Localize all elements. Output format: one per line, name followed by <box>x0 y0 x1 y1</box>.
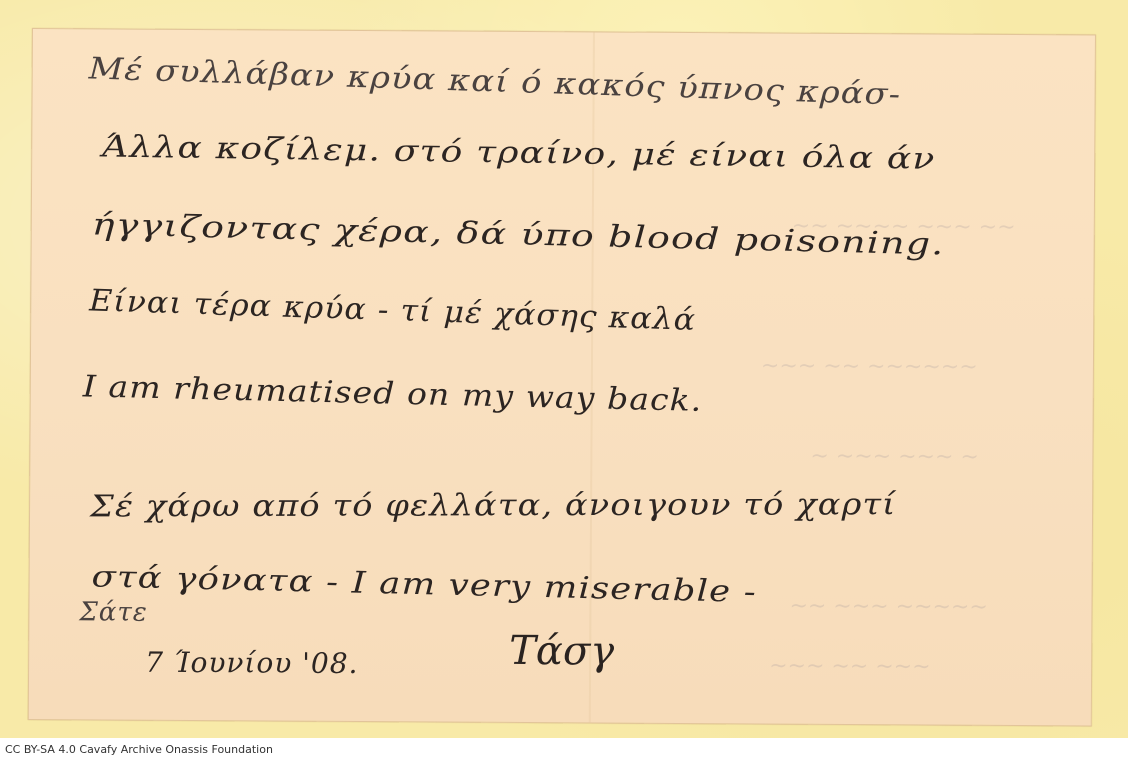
letter-line-6: Σέ χάρω από τό φελλάτα, άνοιγουν τό χαρτ… <box>90 487 896 524</box>
letter-signature: Τάσγ <box>509 628 614 675</box>
show-through-text: ~ ~~~ ~~~ ~ <box>810 444 979 470</box>
letter-line-4: Είναι τέρα κρύα - τί μέ χάσης καλά <box>89 283 697 338</box>
show-through-text: ~~ ~~~ ~~~~~ <box>789 594 987 620</box>
letter-line-1: Μέ συλλάβαν κρύα καί ό κακός ύπνος κράσ- <box>88 51 901 112</box>
letter-paper: ~~ ~~~~ ~~~ ~~ ~~~ ~~ ~~~~~~ ~ ~~~ ~~~ ~… <box>28 28 1096 726</box>
letter-date: 7 Ίουνίου '08. <box>145 646 359 680</box>
credit-footer: CC BY-SA 4.0 Cavafy Archive Onassis Foun… <box>0 738 1128 764</box>
letter-line-7: στά γόνατα - I am very miserable - <box>91 559 757 610</box>
letter-line-2: Άλλα κοζίλεμ. στό τραίνο, μέ είναι όλα ά… <box>102 129 936 176</box>
show-through-text: ~~~ ~~ ~~~~~~ <box>761 353 978 379</box>
scanned-letter: ~~ ~~~~ ~~~ ~~ ~~~ ~~ ~~~~~~ ~ ~~~ ~~~ ~… <box>0 0 1128 738</box>
letter-line-5: I am rheumatised on my way back. <box>82 369 702 419</box>
letter-line-8: Σάτε <box>79 597 147 627</box>
show-through-text: ~~~ ~~ ~~~ <box>769 654 931 680</box>
license-credit: CC BY-SA 4.0 Cavafy Archive Onassis Foun… <box>5 743 273 756</box>
